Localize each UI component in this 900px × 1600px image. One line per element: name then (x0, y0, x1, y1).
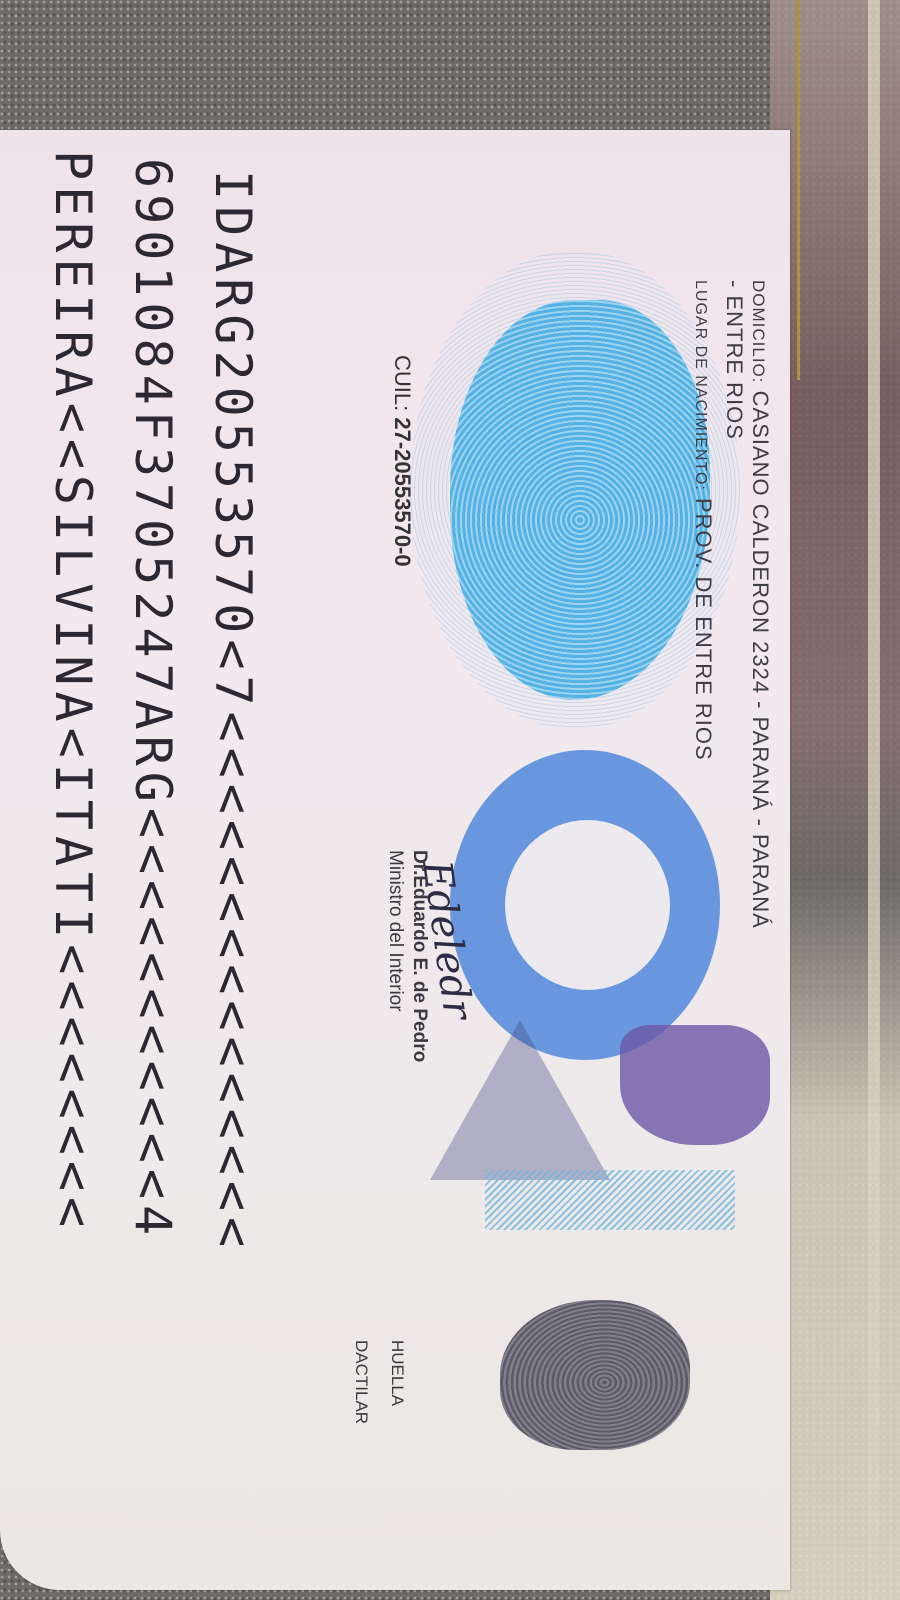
address-field: DOMICILIO: CASIANO CALDERON 2324 - PARAN… (722, 280, 772, 929)
signer-role: Ministro del Interior (384, 850, 406, 1062)
id-card: DOMICILIO: CASIANO CALDERON 2324 - PARAN… (0, 130, 790, 1590)
birthplace-field: LUGAR DE NACIMIENTO: PROV. DE ENTRE RIOS (690, 280, 716, 761)
mrz-line-3: PEREIRA<<SILVINA<ITATI<<<<<<<< (44, 150, 102, 1233)
cloth-stripe (868, 0, 880, 1600)
signer-block: Dr.Eduardo E. de Pedro Ministro del Inte… (384, 850, 430, 1062)
id-card-back: DOMICILIO: CASIANO CALDERON 2324 - PARAN… (0, 130, 790, 1590)
birthplace-value: PROV. DE ENTRE RIOS (691, 498, 716, 761)
fingerprint-label-line1: HUELLA (379, 1340, 415, 1424)
fingerprint-label: HUELLA DACTILAR (343, 1340, 415, 1424)
cuil-value: 27-20553570-0 (390, 417, 415, 566)
triangle-emblem (430, 1020, 610, 1180)
address-line2: - ENTRE RIOS (722, 280, 747, 440)
mrz-line-1: IDARG20553570<7<<<<<<<<<<<<<<< (204, 170, 262, 1253)
map-emblem (620, 1025, 770, 1145)
hatch-security-pattern (485, 1170, 735, 1230)
birthplace-label: LUGAR DE NACIMIENTO: (692, 280, 709, 491)
address-label: DOMICILIO: (749, 280, 768, 384)
mrz-line-2: 6901084F3705247ARG<<<<<<<<<<<4 (124, 158, 182, 1241)
gold-line (797, 0, 800, 380)
cuil-field: CUIL: 27-20553570-0 (389, 355, 415, 567)
cuil-label: CUIL: (390, 355, 415, 411)
fingerprint-image (500, 1300, 690, 1450)
fingerprint-label-line2: DACTILAR (343, 1340, 379, 1424)
seal-emblem (450, 750, 720, 1060)
address-line1: CASIANO CALDERON 2324 - PARANÁ - PARANÁ (748, 391, 773, 929)
signer-name: Dr.Eduardo E. de Pedro (408, 850, 430, 1062)
